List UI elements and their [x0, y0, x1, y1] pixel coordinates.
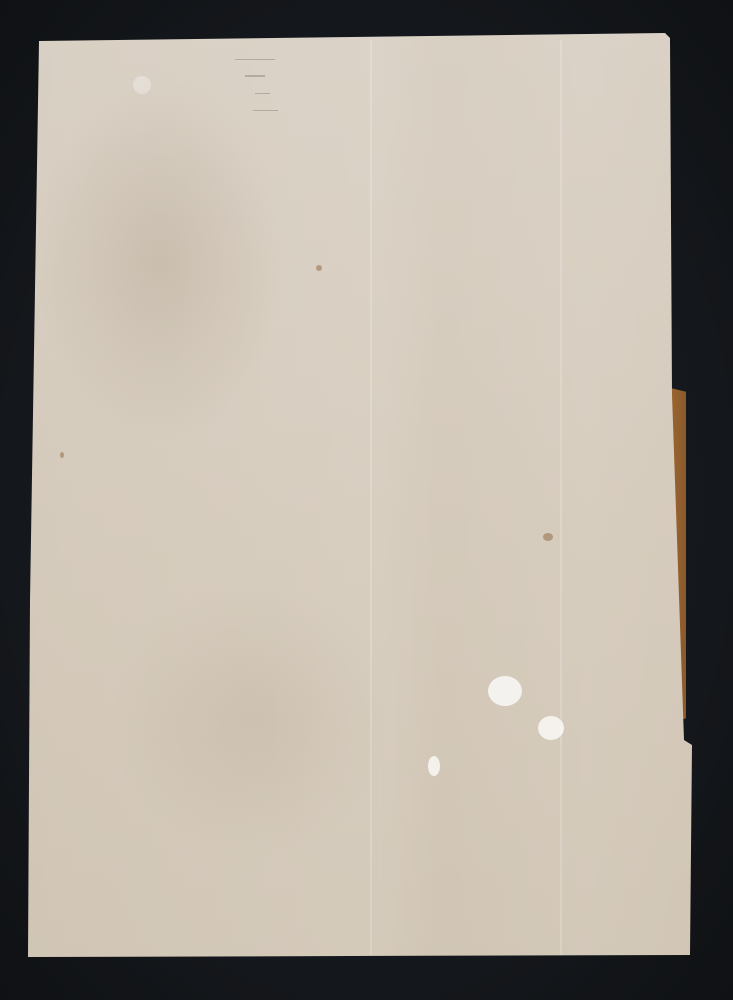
stain-spot [60, 452, 64, 458]
fold-line [370, 40, 372, 955]
fold-line [560, 40, 562, 955]
water-spot [133, 76, 151, 94]
paper-sheet [0, 0, 733, 1000]
water-spot [488, 676, 522, 706]
water-spot [538, 716, 564, 740]
stain-spot [543, 533, 553, 541]
stain-spot [316, 265, 322, 271]
faint-show-through-marks [235, 55, 295, 115]
water-spot [428, 756, 440, 776]
